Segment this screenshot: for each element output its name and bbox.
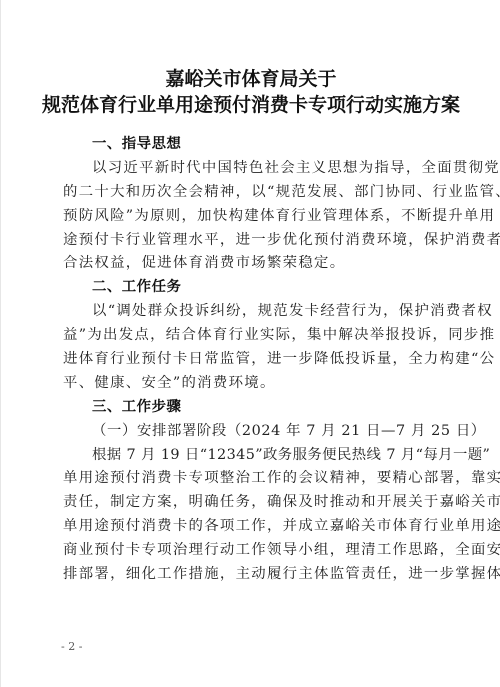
paragraph-line: 进体育行业预付卡日常监管，进一步降低投诉量，全力构建“公 xyxy=(63,348,441,372)
section-heading-work-steps: 三、工作步骤 xyxy=(63,396,441,420)
paragraph-line: 途预付卡行业管理水平，进一步优化预付消费环境，保护消费者 xyxy=(63,229,441,253)
paragraph-line: 益”为出发点，结合体育行业实际，集中解决举报投诉，同步推 xyxy=(63,324,441,348)
document-body: 一、指导思想 以习近平新时代中国特色社会主义思想为指导，全面贯彻党 的二十大和历… xyxy=(63,133,441,587)
paragraph-line: 以习近平新时代中国特色社会主义思想为指导，全面贯彻党 xyxy=(63,157,441,181)
paragraph-line: 商业预付卡专项治理行动工作领导小组，理清工作思路，全面安 xyxy=(63,539,441,563)
paragraph-line: 以“调处群众投诉纠纷，规范发卡经营行为，保护消费者权 xyxy=(63,300,441,324)
document-title-line-2: 规范体育行业单用途预付消费卡专项行动实施方案 xyxy=(1,90,500,117)
paragraph-line: 单用途预付消费卡的各项工作，并成立嘉峪关市体育行业单用途 xyxy=(63,515,441,539)
paragraph-line: 预防风险”为原则，加快构建体育行业管理体系，不断提升单用 xyxy=(63,205,441,229)
subsection-heading-deployment-phase: （一）安排部署阶段（2024 年 7 月 21 日—7 月 25 日） xyxy=(63,420,441,444)
section-heading-guiding-ideology: 一、指导思想 xyxy=(63,133,441,157)
paragraph-line: 排部署，细化工作措施，主动履行主体监管责任，进一步掌握体 xyxy=(63,563,441,587)
page-number: - 2 - xyxy=(61,640,82,653)
paragraph-line: 单用途预付消费卡专项整治工作的会议精神，要精心部署，靠实 xyxy=(63,467,441,491)
paragraph-line: 根据 7 月 19 日“12345”政务服务便民热线 7 月“每月一题” xyxy=(63,444,441,468)
paragraph-line: 责任，制定方案，明确任务，确保及时推动和开展关于嘉峪关市 xyxy=(63,491,441,515)
section-heading-work-tasks: 二、工作任务 xyxy=(63,276,441,300)
document-page: 嘉峪关市体育局关于 规范体育行业单用途预付消费卡专项行动实施方案 一、指导思想 … xyxy=(0,0,500,687)
paragraph-line: 合法权益，促进体育消费市场繁荣稳定。 xyxy=(63,252,441,276)
document-title-line-1: 嘉峪关市体育局关于 xyxy=(1,64,500,91)
paragraph-line: 平、健康、安全”的消费环境。 xyxy=(63,372,441,396)
paragraph-line: 的二十大和历次全会精神，以“规范发展、部门协同、行业监管、 xyxy=(63,181,441,205)
